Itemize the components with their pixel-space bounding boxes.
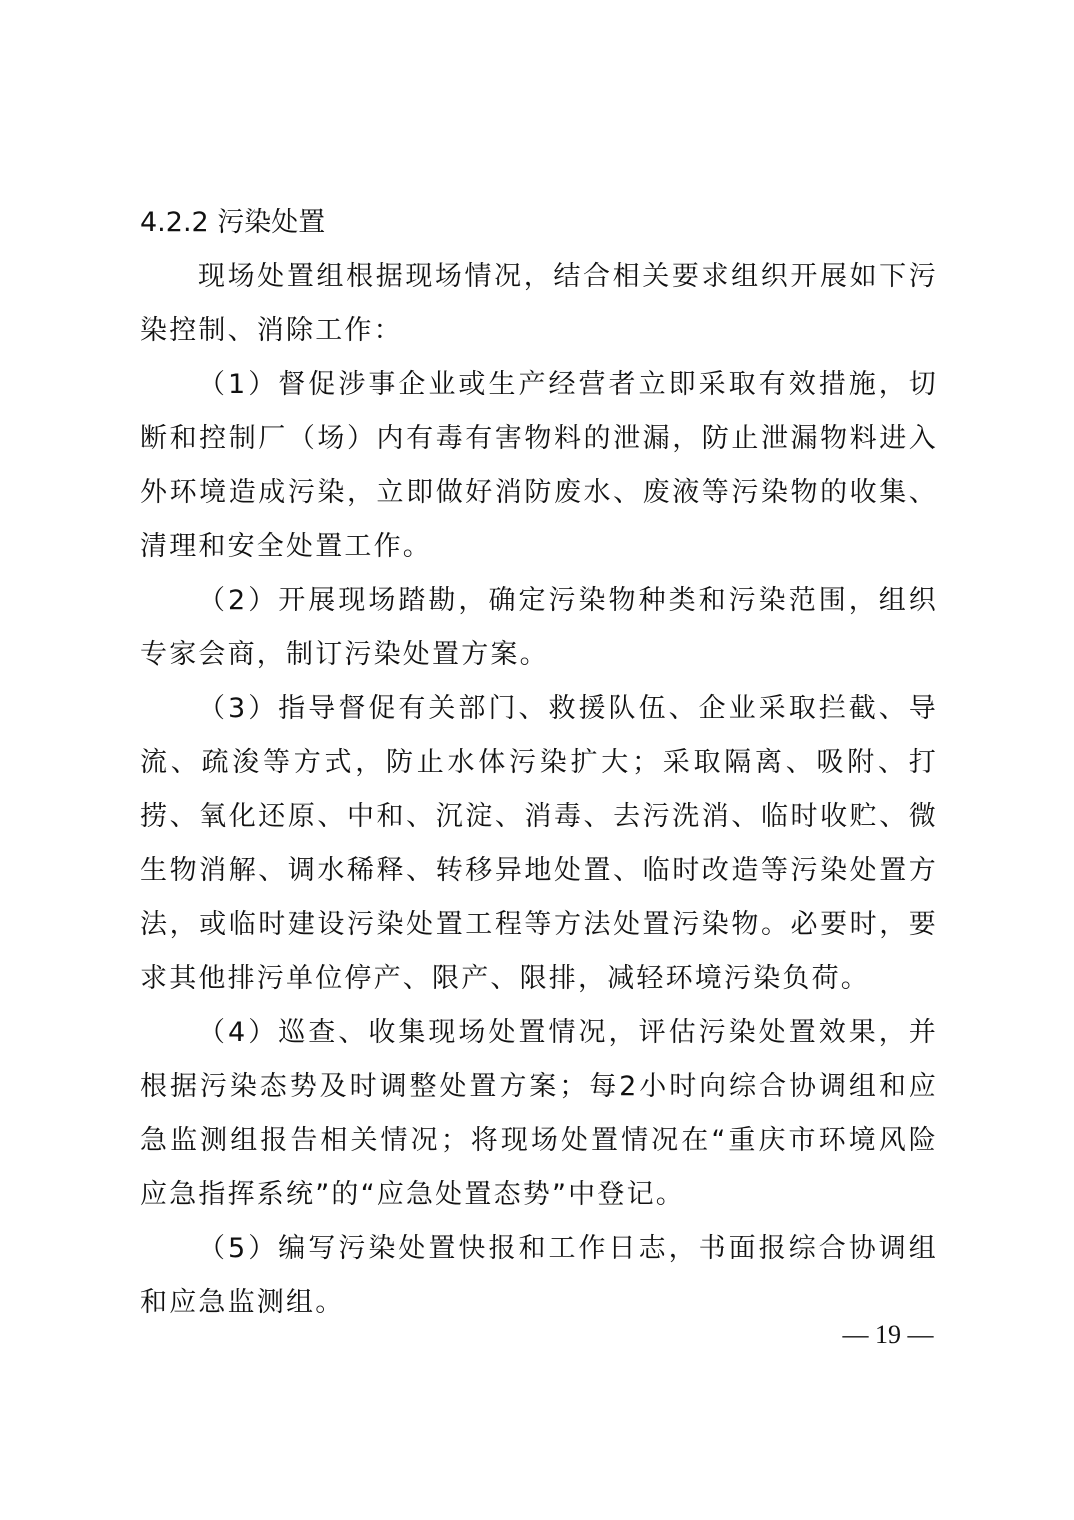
intro-paragraph: 现场处置组根据现场情况，结合相关要求组织开展如下污染控制、消除工作： — [140, 250, 938, 358]
item-text: 指导督促有关部门、救援队伍、企业采取拦截、导流、疏浚等方式，防止水体污染扩大；采… — [140, 693, 938, 994]
item-number: （5） — [198, 1233, 278, 1264]
document-body: 4.2.2 污染处置 现场处置组根据现场情况，结合相关要求组织开展如下污染控制、… — [140, 196, 938, 1330]
document-page: 4.2.2 污染处置 现场处置组根据现场情况，结合相关要求组织开展如下污染控制、… — [0, 0, 1074, 1520]
page-number: — 19 — — [836, 1320, 940, 1350]
list-item-2: （2）开展现场踏勘，确定污染物种类和污染范围，组织专家会商，制订污染处置方案。 — [140, 574, 938, 682]
list-item-4: （4）巡查、收集现场处置情况，评估污染处置效果，并根据污染态势及时调整处置方案；… — [140, 1006, 938, 1222]
list-item-1: （1）督促涉事企业或生产经营者立即采取有效措施，切断和控制厂（场）内有毒有害物料… — [140, 358, 938, 574]
list-item-5: （5）编写污染处置快报和工作日志，书面报综合协调组和应急监测组。 — [140, 1222, 938, 1330]
list-item-3: （3）指导督促有关部门、救援队伍、企业采取拦截、导流、疏浚等方式，防止水体污染扩… — [140, 682, 938, 1006]
item-number: （2） — [198, 585, 278, 616]
item-number: （3） — [198, 693, 278, 724]
section-heading: 4.2.2 污染处置 — [140, 196, 938, 250]
item-number: （1） — [198, 369, 278, 400]
item-number: （4） — [198, 1017, 278, 1048]
